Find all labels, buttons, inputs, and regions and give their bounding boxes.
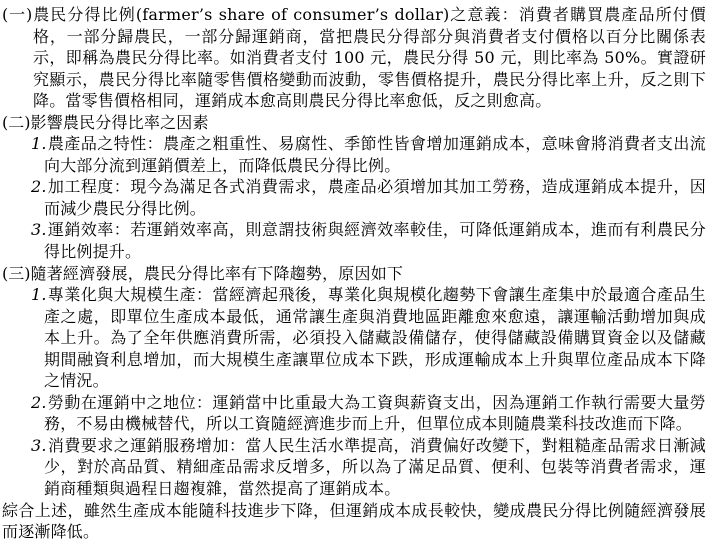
section-2-item-3: 3.運銷效率：若運銷效率高，則意謂技術與經濟效率較佳，可降低運銷成本，進而有利農… [2,219,706,262]
section-3-marker: (三) [2,264,31,283]
section-2-item-1-number: 1. [31,134,47,153]
section-3-item-3-number: 3. [31,436,47,455]
section-3-item-3-text: 消費要求之運銷服務增加：當人民生活水準提高，消費偏好改變下，對粗糙產品需求日漸減… [44,436,706,498]
section-2-item-2: 2.加工程度：現今為滿足各式消費需求，農產品必須增加其加工勞務，造成運銷成本提升… [2,176,706,219]
section-2-title: 影響農民分得比率之因素 [31,113,209,132]
section-2-marker: (二) [2,113,31,132]
section-3-item-3: 3.消費要求之運銷服務增加：當人民生活水準提高，消費偏好改變下，對粗糙產品需求日… [2,435,706,500]
section-1-marker: (一) [2,5,32,24]
section-3-item-1-text: 專業化與大規模生產：當經濟起飛後，專業化與規模化趨勢下會讓生產集中於最適合產品生… [44,285,706,390]
section-2-item-3-text: 運銷效率：若運銷效率高，則意謂技術與經濟效率較佳，可降低運銷成本，進而有利農民分… [44,220,706,261]
section-2-item-1: 1.農產品之特性：農產之粗重性、易腐性、季節性皆會增加運銷成本，意味會將消費者支… [2,133,706,176]
section-1-text: 農民分得比例(farmer’s share of consumer’s doll… [32,5,706,110]
section-3-item-1: 1.專業化與大規模生產：當經濟起飛後，專業化與規模化趨勢下會讓生產集中於最適合產… [2,284,706,392]
section-3-item-2-text: 勞動在運銷中之地位：運銷當中比重最大為工資與薪資支出，因為運銷工作執行需要大量勞… [44,393,706,434]
document-page: (一)農民分得比例(farmer’s share of consumer’s d… [0,0,708,558]
section-2-item-2-number: 2. [31,177,47,196]
section-2-item-2-text: 加工程度：現今為滿足各式消費需求，農產品必須增加其加工勞務，造成運銷成本提升，因… [44,177,706,218]
section-2-item-3-number: 3. [31,220,47,239]
section-3-title: 隨著經濟發展，農民分得比率有下降趨勢，原因如下 [31,264,404,283]
section-3-item-1-number: 1. [31,285,47,304]
section-2-item-1-text: 農產品之特性：農產之粗重性、易腐性、季節性皆會增加運銷成本，意味會將消費者支出流… [44,134,706,175]
section-3-heading: (三)隨著經濟發展，農民分得比率有下降趨勢，原因如下 [2,263,706,285]
conclusion-paragraph: 綜合上述，雖然生產成本能隨科技進步下降，但運銷成本成長較快，變成農民分得比例隨經… [2,500,706,543]
section-1-paragraph: (一)農民分得比例(farmer’s share of consumer’s d… [2,4,706,112]
section-3-item-2-number: 2. [31,393,47,412]
section-2-heading: (二)影響農民分得比率之因素 [2,112,706,134]
section-3-item-2: 2.勞動在運銷中之地位：運銷當中比重最大為工資與薪資支出，因為運銷工作執行需要大… [2,392,706,435]
